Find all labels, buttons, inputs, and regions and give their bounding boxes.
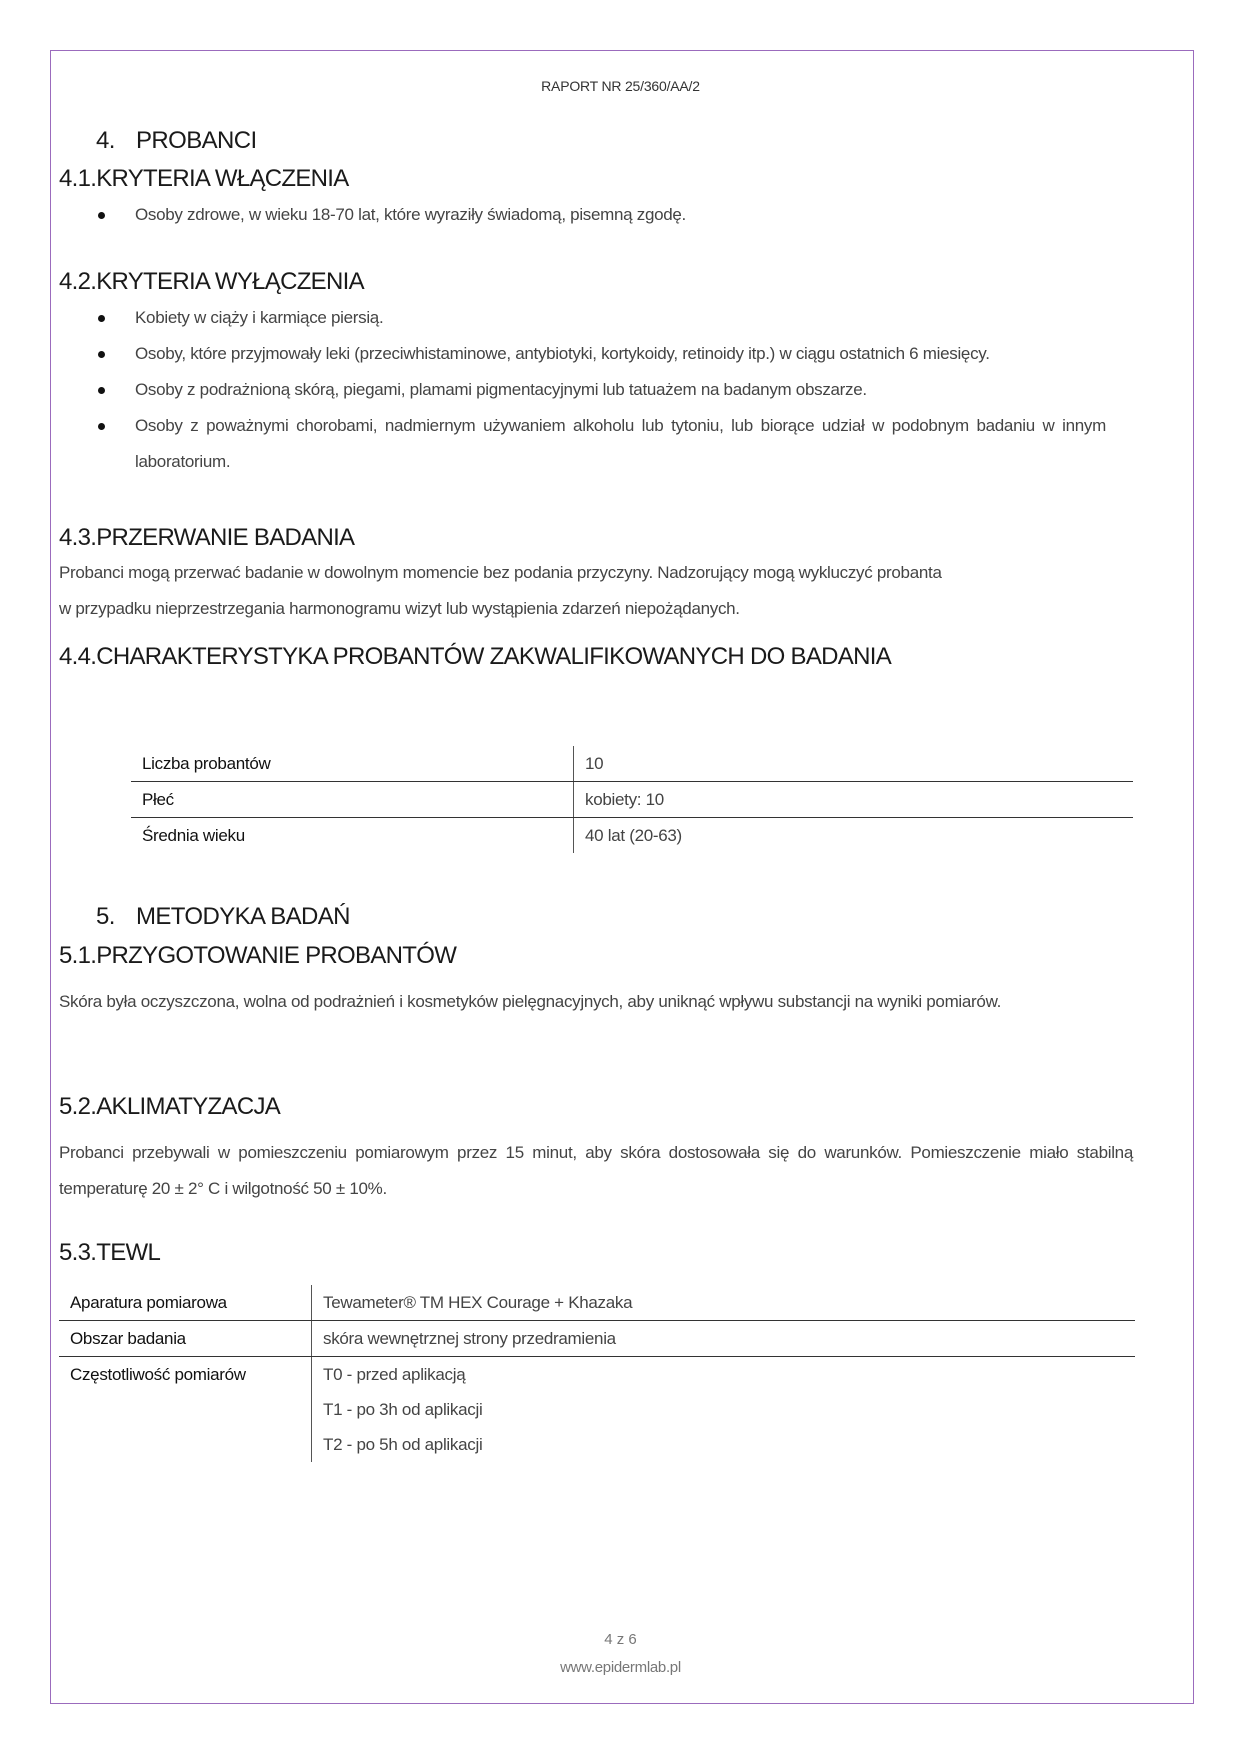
inclusion-criteria-list: Osoby zdrowe, w wieku 18-70 lat, które w… [96,197,1126,233]
section-4-heading: 4.PROBANCI [96,127,257,155]
section-5-number: 5. [96,903,136,931]
preparation-text: Skóra była oczyszczona, wolna od podrażn… [59,984,1133,1020]
measurement-time-t2: T2 - po 5h od aplikacji [323,1427,1124,1462]
measurement-time-t0: T0 - przed aplikacją [323,1357,1124,1392]
section-4-title: PROBANCI [136,127,257,154]
list-item: Kobiety w ciąży i karmiące piersią. [96,300,1106,336]
page-number: 4 z 6 [0,1631,1241,1648]
list-item: Osoby z podrażnioną skórą, piegami, plam… [96,372,1106,408]
bullet-icon [98,315,105,322]
exclusion-criteria-list: Kobiety w ciąży i karmiące piersią. Osob… [96,300,1106,480]
bullet-icon [98,351,105,358]
section-5-1-heading: 5.1.PRZYGOTOWANIE PROBANTÓW [59,942,456,970]
website-link[interactable]: www.epidermlab.pl [0,1659,1241,1676]
table-row: Aparatura pomiarowa Tewameter® TM HEX Co… [59,1285,1135,1321]
list-item: Osoby zdrowe, w wieku 18-70 lat, które w… [96,197,1126,233]
section-5-heading: 5.METODYKA BADAŃ [96,903,350,931]
discontinuation-text-line-1: Probanci mogą przerwać badanie w dowolny… [59,555,942,591]
table-row: Częstotliwość pomiarów T0 - przed aplika… [59,1357,1135,1463]
discontinuation-text-line-2: w przypadku nieprzestrzegania harmonogra… [59,591,740,627]
table-row: Obszar badania skóra wewnętrznej strony … [59,1321,1135,1357]
table-row: Liczba probantów 10 [131,746,1133,782]
section-4-number: 4. [96,127,136,155]
participants-table: Liczba probantów 10 Płeć kobiety: 10 Śre… [131,746,1133,853]
bullet-icon [98,212,105,219]
section-5-2-heading: 5.2.AKLIMATYZACJA [59,1093,280,1121]
section-4-2-heading: 4.2.KRYTERIA WYŁĄCZENIA [59,268,364,296]
bullet-icon [98,423,105,430]
report-number-header: RAPORT NR 25/360/AA/2 [0,78,1241,94]
section-4-1-heading: 4.1.KRYTERIA WŁĄCZENIA [59,165,349,193]
list-item: Osoby, które przyjmowały leki (przeciwhi… [96,336,1106,372]
tewl-table: Aparatura pomiarowa Tewameter® TM HEX Co… [59,1285,1135,1462]
measurement-time-t1: T1 - po 3h od aplikacji [323,1392,1124,1427]
section-5-title: METODYKA BADAŃ [136,903,350,930]
section-5-3-heading: 5.3.TEWL [59,1239,160,1267]
section-4-3-heading: 4.3.PRZERWANIE BADANIA [59,524,354,552]
table-row: Płeć kobiety: 10 [131,782,1133,818]
bullet-icon [98,387,105,394]
acclimatization-text: Probanci przebywali w pomieszczeniu pomi… [59,1135,1133,1207]
list-item: Osoby z poważnymi chorobami, nadmiernym … [96,408,1106,480]
table-row: Średnia wieku 40 lat (20-63) [131,818,1133,854]
section-4-4-heading: 4.4.CHARAKTERYSTYKA PROBANTÓW ZAKWALIFIK… [59,643,891,671]
